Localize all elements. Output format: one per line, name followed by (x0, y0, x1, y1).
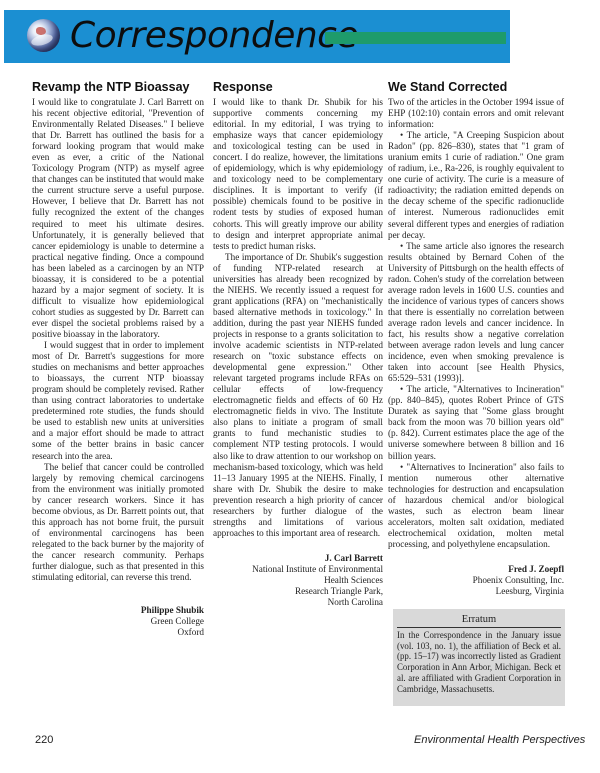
letter-paragraph: I would like to congratulate J. Carl Bar… (32, 97, 204, 340)
letter-paragraph: I would suggest that in order to impleme… (32, 340, 204, 462)
letter-heading: Revamp the NTP Bioassay (32, 80, 204, 95)
erratum-title: Erratum (397, 613, 561, 628)
author-name: Fred J. Zoepfl (388, 564, 564, 575)
letter-paragraph: Two of the articles in the October 1994 … (388, 97, 564, 130)
page-number: 220 (35, 734, 53, 746)
section-banner: Correspondence (4, 10, 510, 63)
author-location: Leesburg, Virginia (388, 586, 564, 597)
section-title: Correspondence (70, 14, 358, 58)
author-affiliation: National Institute of Environmental (213, 564, 383, 575)
letter-paragraph: The belief that cancer could be controll… (32, 462, 204, 584)
erratum-text: In the Correspondence in the January iss… (397, 630, 561, 694)
journal-name: Environmental Health Perspectives (414, 734, 585, 746)
letter-paragraph: I would like to thank Dr. Shubik for his… (213, 97, 383, 252)
erratum-box: Erratum In the Correspondence in the Jan… (393, 609, 565, 706)
author-state: North Carolina (213, 597, 383, 608)
author-affiliation: Health Sciences (213, 575, 383, 586)
accent-bar (325, 32, 506, 44)
letter-bullet: • The same article also ignores the rese… (388, 241, 564, 385)
letter-we-stand-corrected: We Stand Corrected Two of the articles i… (388, 80, 564, 597)
letter-heading: Response (213, 80, 383, 95)
letter-bullet: • The article, "A Creeping Suspicion abo… (388, 130, 564, 240)
author-name: Philippe Shubik (32, 605, 204, 616)
signature-block: J. Carl Barrett National Institute of En… (213, 553, 383, 608)
letter-bullet: • "Alternatives to Incineration" also fa… (388, 462, 564, 550)
letter-heading: We Stand Corrected (388, 80, 564, 95)
author-city: Research Triangle Park, (213, 586, 383, 597)
letter-paragraph: The importance of Dr. Shubik's suggestio… (213, 252, 383, 539)
letter-revamp-ntp-bioassay: Revamp the NTP Bioassay I would like to … (32, 80, 204, 638)
author-location: Oxford (32, 627, 204, 638)
author-affiliation: Phoenix Consulting, Inc. (388, 575, 564, 586)
signature-block: Philippe Shubik Green College Oxford (32, 605, 204, 638)
author-name: J. Carl Barrett (213, 553, 383, 564)
letter-bullet: • The article, "Alternatives to Incinera… (388, 384, 564, 461)
author-affiliation: Green College (32, 616, 204, 627)
signature-block: Fred J. Zoepfl Phoenix Consulting, Inc. … (388, 564, 564, 597)
letter-response: Response I would like to thank Dr. Shubi… (213, 80, 383, 608)
globe-icon (27, 19, 60, 52)
